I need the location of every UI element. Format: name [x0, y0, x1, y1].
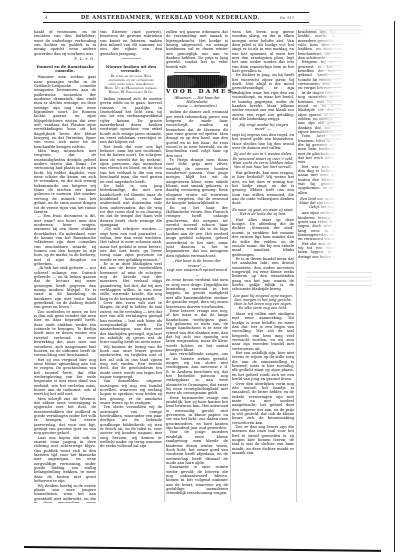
paragraph: Laat ons hopen dat ook te onzent eene po…: [34, 436, 96, 484]
paragraph: Van denzelfden uitgever ontvingen wij no…: [100, 379, 162, 405]
paragraph: Wij denken hierbij in de eerste plaats a…: [34, 484, 96, 503]
flourish-divider: ∼∼∼∼∼∼∼: [100, 58, 162, 62]
paragraph: Over den uiterlijken vorm nog één woord:…: [232, 382, 294, 425]
paragraph: Aan verschillende vragen, ons in de laat…: [166, 352, 228, 395]
text-column-1: haald of verzonnen, en de trachten van d…: [34, 30, 96, 503]
paragraph: Zoo oordeelen er meer, en het is dan ook…: [34, 310, 96, 358]
paragraph: Ten slotte vermelden wij de ontvangst va…: [100, 405, 162, 448]
paragraph: De dichter is jong, en hij heeft het voo…: [232, 73, 294, 121]
paragraph: Indien de dames zich eenmaal per week re…: [166, 110, 228, 158]
paragraph: van Elzevier (met portret), benevens de …: [100, 30, 162, 56]
verse-block: En waar zij gaat, en waar zij staat,Het …: [232, 208, 294, 216]
quote-line: „Hij zingt omdat hij zingen moet” —: [232, 123, 294, 132]
paragraph: Over den vorm valt niet te klagen; de st…: [100, 301, 162, 344]
paragraph: „Gij wilt schrijver worden — zegt hem ee…: [100, 227, 162, 262]
page-number: 4: [45, 15, 61, 20]
text-column-3: zullen wij gaarne erkennen dat de verzam…: [166, 30, 228, 503]
page-edge-vertical-line: [394, 21, 395, 552]
verse-block: Zij ziet de zon in 't westen dalen,En pe…: [232, 152, 294, 168]
paragraph: Zoo er dan nog lezers zijn die meenen da…: [232, 425, 294, 455]
paragraph: Wat geleerds, kan men vragen, is hier be…: [232, 171, 294, 206]
masthead-row: 4 DE AMSTERDAMMER, WEEKBLAD VOOR NEDERLA…: [43, 13, 309, 22]
text-column-4: wien het leven nog geene wonden sloeg, e…: [232, 30, 294, 503]
section-heading: Nieuwe boeken uit den vreemde.: [100, 65, 162, 74]
page-edge-bottom-line: [24, 546, 381, 551]
column-rule: [98, 30, 99, 502]
paragraph: zullen wij gaarne erkennen dat de verzam…: [166, 30, 228, 69]
author-signature: F. L. v. G.: [34, 57, 95, 61]
paragraph: En nu het haar der Hollandsche vrouw. Ee…: [166, 206, 228, 258]
section-divider-rule: [174, 72, 220, 73]
paragraph: Wij kunnen de lezing van dit boek aan on…: [100, 345, 162, 380]
paragraph: en eene kroon verdient dat men er zorg v…: [166, 278, 228, 308]
paragraph: Eene huismoeder vraagt ons eindelijk, ho…: [166, 396, 228, 431]
paragraph: — Een fraai document is dit, niet waar? …: [34, 214, 96, 266]
paragraph: Het zij ons vergund hier nog eene kleine…: [34, 358, 96, 397]
paragraph: „Ik heb het stuk gelezen — zoo schreef o…: [34, 266, 96, 309]
paragraph: De held is een jong letterkundige, die m…: [100, 184, 162, 227]
paragraph: zegt hij ergens van den vogel, en het wo…: [232, 133, 294, 150]
paragraph: Daarmede is onze ruimte weder gevuld; de…: [166, 465, 228, 495]
issue-number: No. 917: [280, 16, 294, 20]
masthead: 4 DE AMSTERDAMMER, WEEKBLAD VOOR NEDERLA…: [43, 12, 309, 23]
paragraph: Het boek dat voor ons ligt behoort, naar…: [100, 145, 162, 184]
paragraph: Er is in deze bladzijden veel dat aan de…: [100, 262, 162, 301]
quote-line: „Het haar is de kroon der vrouw” —zegt e…: [166, 259, 228, 276]
bleed-through-smudge: [306, 272, 372, 289]
column-rule: [230, 30, 231, 502]
column-rule: [296, 30, 297, 502]
bleed-through-smudge: [303, 25, 361, 34]
bleed-through-smudge: [320, 44, 342, 140]
paragraph: Er is in dezen bundel meer dat tot aanha…: [232, 257, 294, 292]
paragraph: Voor de jonge moeders eindelijk eene kle…: [166, 430, 228, 465]
text-column-2: van Elzevier (met portret), benevens de …: [100, 30, 162, 503]
paragraph: Het zou onbillijk zijn, hier niet tevens…: [232, 351, 294, 381]
paragraph: Wanneer men zoeken gaat naar passages we…: [34, 75, 96, 149]
voor-dames-heading: VOOR DAMES.: [166, 90, 228, 94]
paragraph: haald of verzonnen, en de trachten van d…: [34, 30, 96, 56]
paragraph: Indien iemand zich de moeite geven wilde…: [100, 97, 162, 145]
verse-block: Zoo gaat hij zingend zijne wegen,Den mor…: [232, 294, 294, 310]
masthead-title: DE AMSTERDAMMER, WEEKBLAD VOOR NEDERLAND…: [61, 15, 280, 21]
column-rule: [164, 30, 165, 502]
paragraph: Maar wij willen niet eindigen met eene a…: [232, 312, 294, 351]
book-citation: De strijd om het geluk. Eenegeschiedenis…: [100, 75, 162, 95]
paragraph: Niet alles staat op deze hoogte. De afde…: [232, 218, 294, 257]
paragraph: Men schrijft ons uit Weenen, dat aldaar …: [34, 397, 96, 436]
masthead-bottom-rule: [43, 22, 309, 23]
floral-engraving: [167, 75, 227, 88]
paragraph: Te Parijs draagt men thans veel licht gr…: [166, 158, 228, 206]
paragraph: Men mag intusschen niet vergeten, dat de…: [34, 149, 96, 214]
section-heading: Tooneel en de Romeinsche comedie.: [34, 65, 96, 74]
paragraph: wien het leven nog geene wonden sloeg, e…: [232, 30, 294, 73]
scanned-newspaper-scan: { "colors": { "paper": "#ffffff", "ink":…: [0, 0, 400, 558]
section-subtitle: (Bloemen. — Het haar der Hollandschevrou…: [166, 96, 228, 108]
paragraph: Eene lezeres vraagt ons nog, of het waar…: [166, 309, 228, 352]
